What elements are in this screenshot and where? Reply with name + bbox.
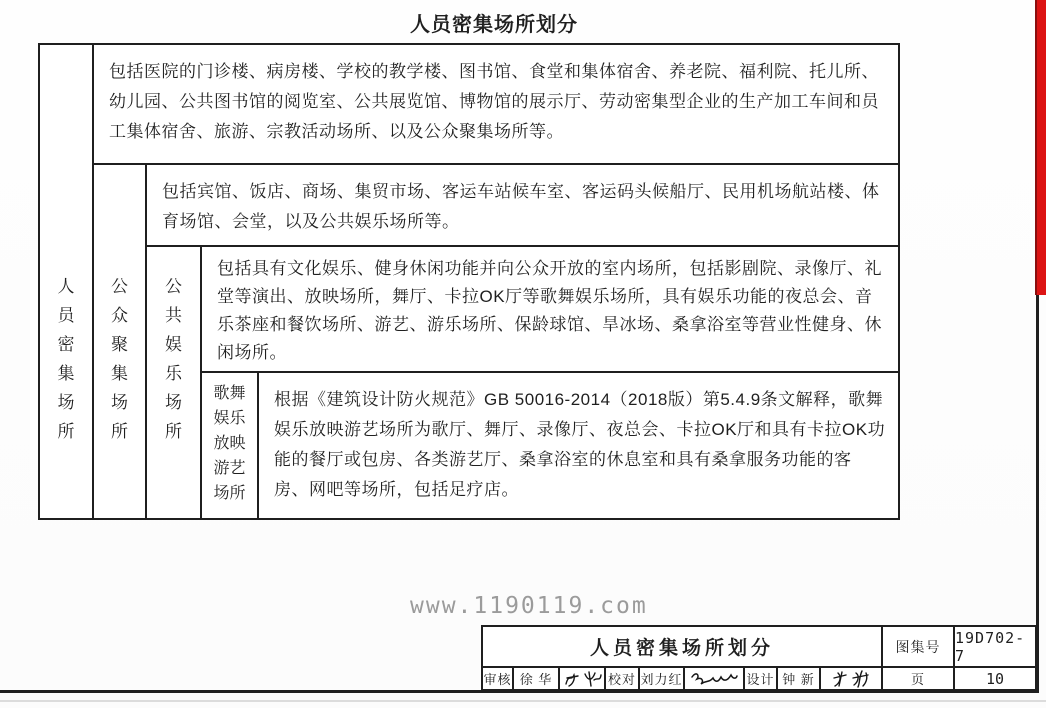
- atlas-number-value: 19D702-7: [955, 627, 1035, 668]
- page-bottom-shadow-line: [0, 700, 1046, 702]
- designer-name: 钟 新: [778, 668, 821, 689]
- column-people-dense-places: 人员密集场所: [40, 45, 94, 518]
- designer-signature-icon: [821, 668, 883, 689]
- vertical-label-public-entertainment: 公共娱乐场所: [164, 272, 184, 446]
- title-block: 人员密集场所划分 图集号 19D702-7 审核 徐 华 校对 刘力红 设计 钟…: [481, 625, 1037, 691]
- public-entertainment-text: 包括具有文化娱乐、健身休闲功能并向公众开放的室内场所，包括影剧院、录像厅、礼堂等…: [217, 255, 886, 367]
- document-page: 人员密集场所划分 人员密集场所 包括医院的门诊楼、病房楼、学校的教学楼、图书馆、…: [0, 0, 1046, 708]
- reviewer-signature-icon: [560, 668, 606, 689]
- row-public-entertainment-definition: 包括具有文化娱乐、健身休闲功能并向公众开放的室内场所，包括影剧院、录像厅、礼堂等…: [202, 247, 898, 373]
- vertical-label-people-dense: 人员密集场所: [56, 272, 76, 446]
- atlas-number-label: 图集号: [883, 627, 955, 668]
- page-number-value: 10: [955, 668, 1035, 689]
- page-label: 页: [883, 668, 955, 689]
- designer-label: 设计: [745, 668, 778, 689]
- column-public-entertainment-places: 公共娱乐场所: [147, 247, 202, 518]
- reviewer-name: 徐 华: [514, 668, 560, 689]
- vertical-label-public-gathering: 公众聚集场所: [110, 272, 130, 446]
- reviewer-label: 审核: [483, 668, 514, 689]
- proofreader-name: 刘力红: [640, 668, 685, 689]
- proofreader-label: 校对: [606, 668, 640, 689]
- column-public-gathering-places: 公众聚集场所: [94, 165, 147, 518]
- row-song-dance-screening-definition: 根据《建筑设计防火规范》GB 50016-2014（2018版）第5.4.9条文…: [259, 373, 898, 518]
- classification-table: 人员密集场所 包括医院的门诊楼、病房楼、学校的教学楼、图书馆、食堂和集体宿舍、养…: [38, 43, 900, 520]
- column-song-dance-screening-places: 歌舞娱乐放映游艺场所: [202, 373, 259, 518]
- proofreader-signature-icon: [685, 668, 745, 689]
- watermark-text: www.1190119.com: [410, 593, 648, 619]
- red-page-edge-strip: [1035, 0, 1046, 295]
- vertical-label-song-dance-screening: 歌舞娱乐放映游艺场所: [211, 381, 249, 506]
- title-block-title: 人员密集场所划分: [483, 627, 883, 668]
- page-title: 人员密集场所划分: [0, 8, 988, 37]
- row-people-dense-definition: 包括医院的门诊楼、病房楼、学校的教学楼、图书馆、食堂和集体宿舍、养老院、福利院、…: [94, 45, 898, 165]
- row-public-gathering-definition: 包括宾馆、饭店、商场、集贸市场、客运车站候车室、客运码头候船厅、民用机场航站楼、…: [147, 165, 898, 247]
